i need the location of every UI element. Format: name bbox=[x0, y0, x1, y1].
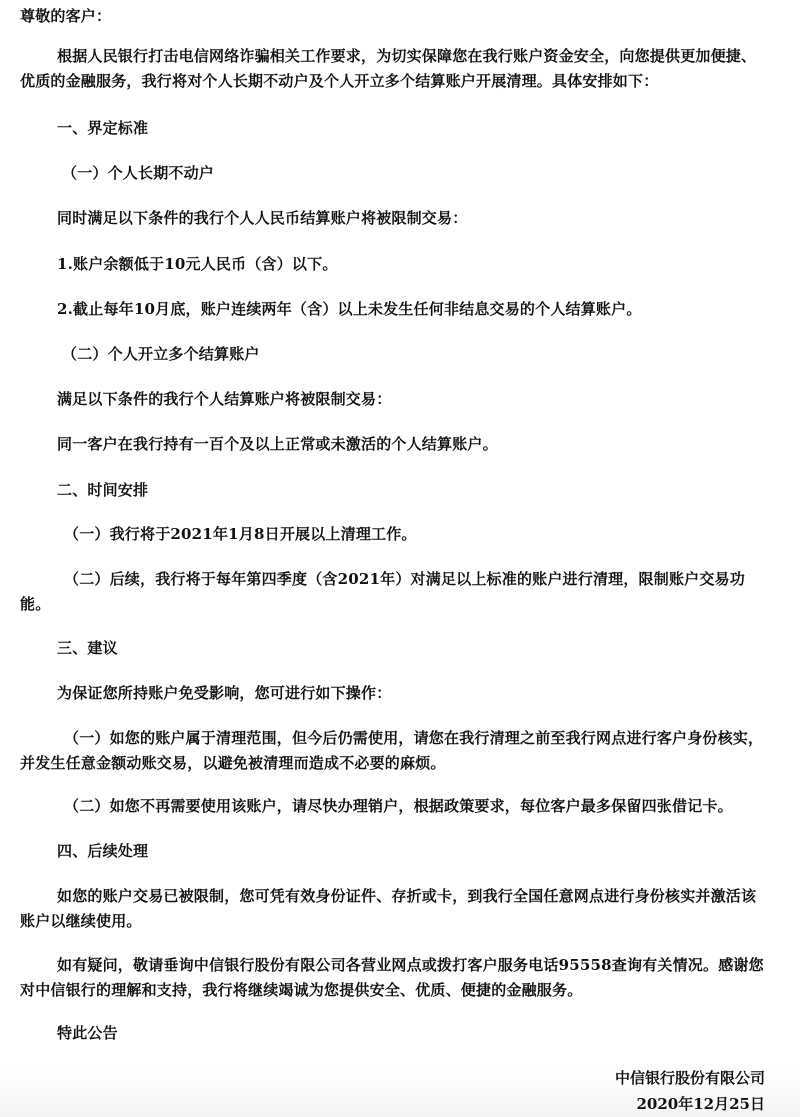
announcement-document: 尊敬的客户： 根据人民银行打击电信网络诈骗相关工作要求，为切实保障您在我行账户资… bbox=[0, 0, 800, 1117]
section-3-lead: 为保证您所持账户免受影响，您可进行如下操作： bbox=[57, 681, 757, 706]
section-3-item-2: （二）如您不再需要使用该账户，请尽快办理销户，根据政策要求，每位客户最多保留四张… bbox=[64, 794, 764, 819]
signature-date: 2020年12月25日 bbox=[637, 1092, 766, 1117]
section-1-sub2-title: （二）个人开立多个结算账户 bbox=[62, 342, 762, 367]
signature-company: 中信银行股份有限公司 bbox=[615, 1066, 765, 1091]
section-2-item-1: （一）我行将于2021年1月8日开展以上清理工作。 bbox=[64, 522, 764, 547]
section-2-item-2: （二）后续，我行将于每年第四季度（含2021年）对满足以上标准的账户进行清理，限… bbox=[20, 567, 765, 617]
section-1-item-2: 2.截止每年10月底，账户连续两年（含）以上未发生任何非结息交易的个人结算账户。 bbox=[57, 297, 757, 322]
section-3-item-1: （一）如您的账户属于清理范围，但今后仍需使用，请您在我行清理之前至我行网点进行客… bbox=[20, 726, 765, 776]
contact-paragraph: 如有疑问，敬请垂询中信银行股份有限公司各营业网点或拨打客户服务电话95558查询… bbox=[20, 953, 765, 1003]
section-4-heading: 四、后续处理 bbox=[57, 839, 757, 864]
section-1-sub1-lead: 同时满足以下条件的我行个人人民币结算账户将被限制交易： bbox=[57, 206, 757, 231]
section-1-item-1: 1.账户余额低于10元人民币（含）以下。 bbox=[57, 252, 757, 277]
section-4-body: 如您的账户交易已被限制，您可凭有效身份证件、存折或卡，到我行全国任意网点进行身份… bbox=[20, 884, 765, 934]
salutation: 尊敬的客户： bbox=[20, 4, 765, 29]
section-1-sub1-title: （一）个人长期不动户 bbox=[62, 161, 762, 186]
section-1-sub2-lead: 满足以下条件的我行个人结算账户将被限制交易： bbox=[57, 387, 757, 412]
section-1-sub2-item-1: 同一客户在我行持有一百个及以上正常或未激活的个人结算账户。 bbox=[57, 432, 757, 457]
section-3-heading: 三、建议 bbox=[57, 636, 757, 661]
section-1-heading: 一、界定标准 bbox=[57, 116, 757, 141]
section-2-heading: 二、时间安排 bbox=[57, 478, 757, 503]
intro-paragraph: 根据人民银行打击电信网络诈骗相关工作要求，为切实保障您在我行账户资金安全，向您提… bbox=[20, 44, 765, 94]
closing-text: 特此公告 bbox=[57, 1021, 757, 1046]
